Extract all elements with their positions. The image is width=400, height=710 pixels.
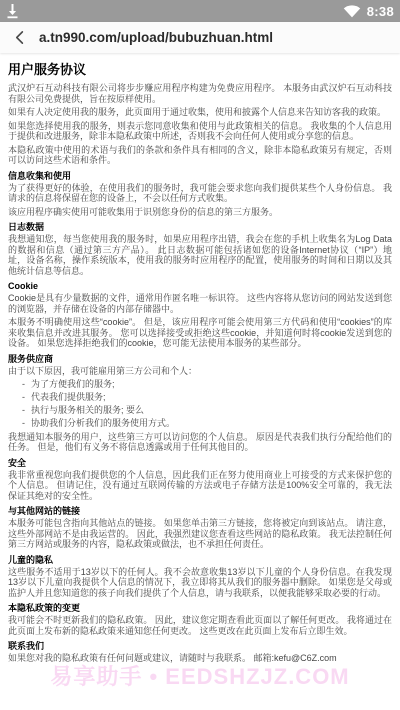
watermark-text: 易享助手 • EEDSHZJZ.COM: [0, 664, 400, 690]
bullet-item: 代表我们提供服务;: [22, 392, 392, 403]
back-chevron-icon: [13, 30, 28, 45]
policy-paragraph: 本隐私政策中使用的术语与我们的条款和条件具有相同的含义，除非本隐私政策另有规定，…: [8, 145, 392, 166]
status-time: 8:38: [367, 4, 394, 19]
policy-paragraph: 本服务可能包含指向其他站点的链接。 如果您单击第三方链接，您将被定向到该站点。 …: [8, 518, 392, 550]
policy-paragraph: 如果您选择使用我的服务，则表示您同意收集和使用与此政策相关的信息。 我收集的个人…: [8, 121, 392, 142]
section-heading: 儿童的隐私: [8, 555, 392, 566]
policy-paragraph: 我非常重视您向我们提供您的个人信息，因此我们正在努力使用商业上可接受的方式来保护…: [8, 470, 392, 502]
policy-paragraph: 武汉炉石互动科技有限公司将步步赚应用程序构建为免费应用程序。 本服务由武汉炉石互…: [8, 83, 392, 104]
policy-body: 武汉炉石互动科技有限公司将步步赚应用程序构建为免费应用程序。 本服务由武汉炉石互…: [8, 83, 392, 664]
wifi-icon: [343, 4, 361, 18]
page-title: 用户服务协议: [8, 62, 392, 78]
policy-paragraph: 我想通知您，每当您使用我的服务时，如果应用程序出错，我会在您的手机上收集名为Lo…: [8, 234, 392, 276]
status-bar: 8:38: [0, 0, 400, 22]
section-heading: 与其他网站的链接: [8, 506, 392, 517]
policy-paragraph: 由于以下原因，我可能雇用第三方公司和个人：: [8, 366, 392, 377]
address-bar[interactable]: a.tn990.com/upload/bubuzhuan.html: [0, 22, 400, 53]
policy-paragraph: 为了获得更好的体验，在使用我们的服务时，我可能会要求您向我们提供某些个人身份信息…: [8, 183, 392, 204]
policy-paragraph: 我想通知本服务的用户，这些第三方可以访问您的个人信息。 原因是代表我们执行分配给…: [8, 432, 392, 453]
policy-paragraph: 我可能会不时更新我们的隐私政策。 因此，建议您定期查看此页面以了解任何更改。 我…: [8, 615, 392, 636]
status-bar-left: [6, 4, 19, 19]
url-text[interactable]: a.tn990.com/upload/bubuzhuan.html: [39, 30, 273, 45]
section-heading: 安全: [8, 458, 392, 469]
bullet-item: 协助我们分析我们的服务使用方式。: [22, 418, 392, 429]
download-icon: [6, 4, 19, 19]
section-heading: Cookie: [8, 281, 392, 292]
section-heading: 服务供应商: [8, 354, 392, 365]
section-heading: 信息收集和使用: [8, 171, 392, 182]
policy-paragraph: 这些服务不适用于13岁以下的任何人。我不会故意收集13岁以下儿童的个人身份信息。…: [8, 567, 392, 599]
policy-paragraph: Cookie是具有少量数据的文件，通常用作匿名唯一标识符。 这些内容将从您访问的…: [8, 293, 392, 314]
bullet-item: 执行与服务相关的服务; 要么: [22, 405, 392, 416]
section-heading: 本隐私政策的变更: [8, 603, 392, 614]
policy-document: 用户服务协议 武汉炉石互动科技有限公司将步步赚应用程序构建为免费应用程序。 本服…: [0, 53, 400, 664]
status-bar-right: 8:38: [343, 4, 394, 19]
section-heading: 日志数据: [8, 222, 392, 233]
policy-paragraph: 如果有人决定使用我的服务，此页面用于通过收集，使用和披露个人信息来告知访客我的政…: [8, 107, 392, 118]
policy-paragraph: 如果您对我的隐私政策有任何问题或建议，请随时与我联系。 邮箱:kefu@C6Z.…: [8, 653, 392, 664]
back-button[interactable]: [10, 28, 30, 48]
policy-paragraph: 本服务不明确使用这些“cookie”。 但是，该应用程序可能会使用第三方代码和使…: [8, 317, 392, 349]
policy-paragraph: 该应用程序确实使用可能收集用于识别您身份的信息的第三方服务。: [8, 207, 392, 218]
bullet-list: 为了方便我们的服务;代表我们提供服务;执行与服务相关的服务; 要么协助我们分析我…: [8, 379, 392, 429]
bullet-item: 为了方便我们的服务;: [22, 379, 392, 390]
section-heading: 联系我们: [8, 641, 392, 652]
